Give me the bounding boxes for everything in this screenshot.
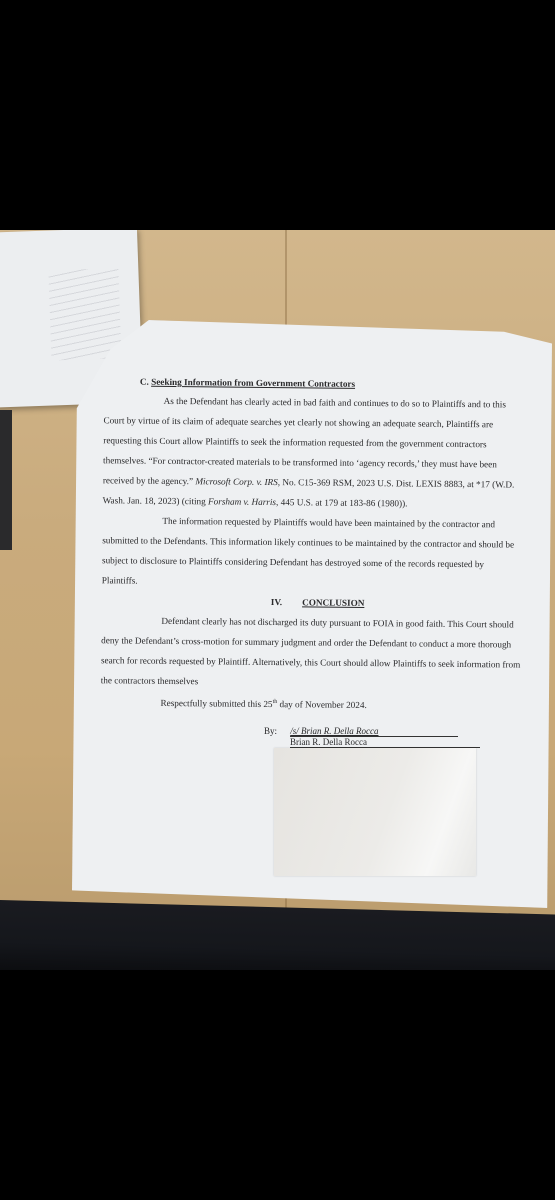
section-number: IV. (271, 597, 282, 607)
citation-text: , 445 U.S. at 179 at 183-86 (1980)). (276, 497, 408, 508)
section-c-title: Seeking Information from Government Cont… (151, 377, 355, 389)
section-c-label: C. (140, 377, 149, 387)
submitted-text: day of November 2024. (277, 699, 367, 710)
paragraph-contractors: As the Defendant has clearly acted in ba… (103, 390, 524, 514)
paragraph-text: As the Defendant has clearly acted in ba… (103, 396, 506, 486)
paragraph-text: The information requested by Plaintiffs … (102, 516, 514, 586)
signature-block: By: /s/ Brian R. Della Rocca Brian R. De… (264, 726, 480, 748)
case-citation: Microsoft Corp. v. IRS (195, 476, 278, 487)
paragraph-text: Defendant clearly has not discharged its… (101, 616, 521, 686)
submitted-text: Respectfully submitted this 25 (160, 698, 272, 709)
case-citation: Forsham v. Harris (208, 496, 276, 507)
bleed-through-text (48, 268, 121, 360)
shadow (0, 410, 12, 550)
floor (0, 900, 555, 970)
electronic-signature: /s/ Brian R. Della Rocca (290, 726, 458, 737)
signatory-name: Brian R. Della Rocca (290, 737, 480, 748)
section-title: CONCLUSION (302, 597, 364, 608)
document-page: C. Seeking Information from Government C… (76, 372, 550, 717)
paragraph-conclusion: Defendant clearly has not discharged its… (101, 610, 522, 694)
redaction-sticker (274, 748, 476, 876)
signature-by-label: By: (264, 726, 288, 736)
paragraph-maintained: The information requested by Plaintiffs … (102, 510, 523, 594)
submitted-line: Respectfully submitted this 25th day of … (100, 690, 520, 716)
